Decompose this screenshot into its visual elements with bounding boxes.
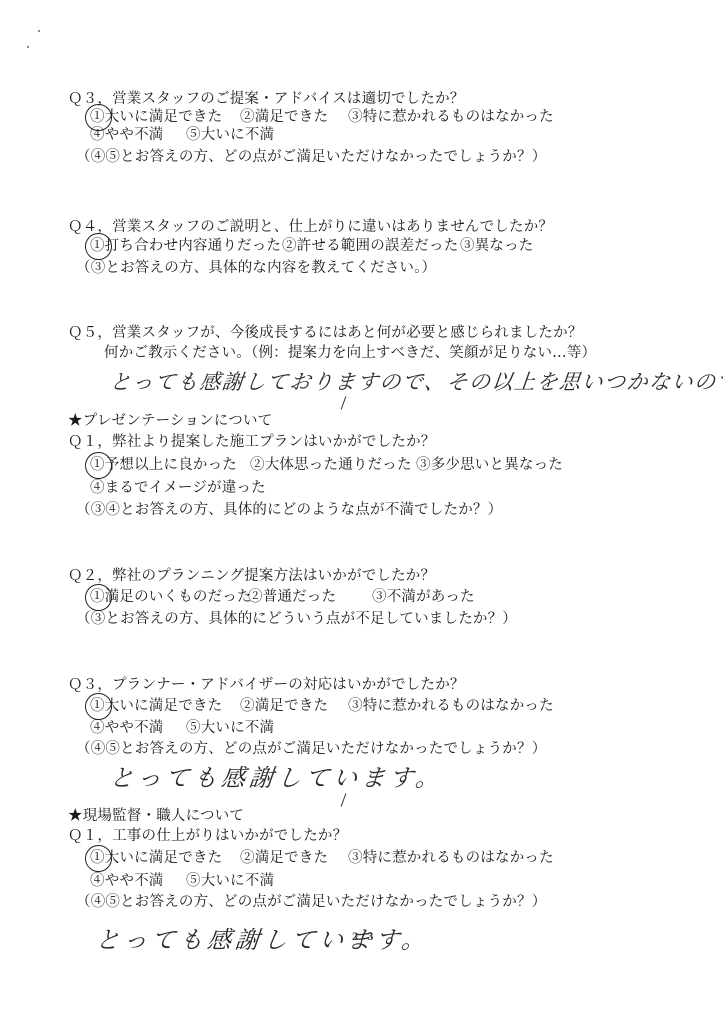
site-q1-followup: （④⑤とお答えの方、どの点がご満足いただけなかったでしょうか？） [76, 893, 546, 911]
pen-stroke [341, 396, 347, 410]
option-2[interactable]: ②満足できた [240, 697, 348, 715]
presentation-q1-followup: （③④とお答えの方、具体的にどのような点が不満でしたか？） [76, 501, 502, 519]
option-4[interactable]: ④まるでイメージが違った [90, 479, 266, 497]
option-2[interactable]: ②許せる範囲の誤差だった [282, 237, 460, 255]
site-q1-question: Ｑ１，工事の仕上がりはいかがでしたか？ [68, 827, 347, 845]
option-3[interactable]: ③多少思いと異なった [416, 456, 563, 474]
option-1-selected[interactable]: ①予想以上に良かった [90, 456, 250, 474]
sales-q5-question: Ｑ５，営業スタッフが、今後成長するにはあと何が必要と感じられましたか？ [68, 324, 583, 342]
option-2[interactable]: ②満足できた [240, 108, 348, 126]
option-5[interactable]: ⑤大いに不満 [186, 872, 274, 890]
sales-q3-followup: （④⑤とお答えの方、どの点がご満足いただけなかったでしょうか？） [76, 148, 546, 166]
option-4[interactable]: ④やや不満 [90, 872, 186, 890]
sales-q3-options-row2: ④やや不満⑤大いに不満 [90, 126, 274, 144]
scan-speck [38, 30, 40, 32]
sales-q3-question: Ｑ３，営業スタッフのご提案・アドバイスは適切でしたか？ [68, 90, 464, 108]
page-number: 2 / 3 [352, 929, 373, 944]
option-1-selected[interactable]: ①打ち合わせ内容通りだった [90, 237, 282, 255]
presentation-q2-followup: （③とお答えの方、具体的にどういう点が不足していましたか？） [76, 610, 517, 628]
sales-q4-options-row1: ①打ち合わせ内容通りだった②許せる範囲の誤差だった③異なった [90, 237, 534, 255]
site-q1-options-row2: ④やや不満⑤大いに不満 [90, 872, 274, 890]
scan-speck [27, 46, 29, 48]
presentation-q2-options-row1: ①満足のいくものだった②普通だった③不満があった [90, 588, 475, 606]
presentation-q1-question: Ｑ１，弊社より提案した施工プランはいかがでしたか？ [68, 433, 436, 451]
option-2[interactable]: ②満足できた [240, 849, 348, 867]
sales-q5-handwritten-answer: とっても感謝しておりますので、その以上を思いつかないのです。 [108, 366, 723, 396]
sales-q3-options-row1: ①大いに満足できた②満足できた③特に惹かれるものはなかった [90, 108, 554, 126]
sales-q5-question-line2: 何かご教示ください。（例：提案力を向上すべきだ、笑顔が足りない…等） [104, 344, 596, 362]
presentation-section-title: ★プレゼンテーションについて [68, 412, 272, 430]
option-3[interactable]: ③特に惹かれるものはなかった [348, 108, 554, 126]
presentation-q3-question: Ｑ３，プランナー・アドバイザーの対応はいかがでしたか？ [68, 676, 465, 694]
option-3[interactable]: ③不満があった [372, 588, 475, 606]
option-3[interactable]: ③異なった [460, 237, 534, 255]
presentation-q3-handwritten-answer: とっても感謝しています。 [108, 758, 445, 793]
option-5[interactable]: ⑤大いに不満 [186, 126, 274, 144]
presentation-q1-options-row1: ①予想以上に良かった②大体思った通りだった③多少思いと異なった [90, 456, 563, 474]
site-section-title: ★現場監督・職人について [68, 807, 244, 825]
presentation-q3-followup: （④⑤とお答えの方、どの点がご満足いただけなかったでしょうか？） [76, 740, 546, 758]
option-5[interactable]: ⑤大いに不満 [186, 719, 274, 737]
option-1-selected[interactable]: ①大いに満足できた [90, 697, 240, 715]
presentation-q3-options-row1: ①大いに満足できた②満足できた③特に惹かれるものはなかった [90, 697, 554, 715]
option-1-selected[interactable]: ①大いに満足できた [90, 108, 240, 126]
option-3[interactable]: ③特に惹かれるものはなかった [348, 697, 554, 715]
pen-stroke [341, 793, 347, 807]
option-1-selected[interactable]: ①満足のいくものだった [90, 588, 248, 606]
presentation-q1-options-row2: ④まるでイメージが違った [90, 479, 266, 497]
sales-q4-question: Ｑ４，営業スタッフのご説明と、仕上がりに違いはありませんでしたか？ [68, 218, 553, 236]
sales-q4-followup: （③とお答えの方、具体的な内容を教えてください。） [76, 259, 436, 277]
option-4[interactable]: ④やや不満 [90, 126, 186, 144]
option-3[interactable]: ③特に惹かれるものはなかった [348, 849, 554, 867]
site-q1-handwritten-answer: とっても感謝しています。 [94, 920, 431, 955]
option-4[interactable]: ④やや不満 [90, 719, 186, 737]
site-q1-options-row1: ①大いに満足できた②満足できた③特に惹かれるものはなかった [90, 849, 554, 867]
option-2[interactable]: ②大体思った通りだった [250, 456, 416, 474]
option-1-selected[interactable]: ①大いに満足できた [90, 849, 240, 867]
option-2[interactable]: ②普通だった [248, 588, 372, 606]
presentation-q2-question: Ｑ２，弊社のプランニング提案方法はいかがでしたか？ [68, 567, 435, 585]
presentation-q3-options-row2: ④やや不満⑤大いに不満 [90, 719, 274, 737]
